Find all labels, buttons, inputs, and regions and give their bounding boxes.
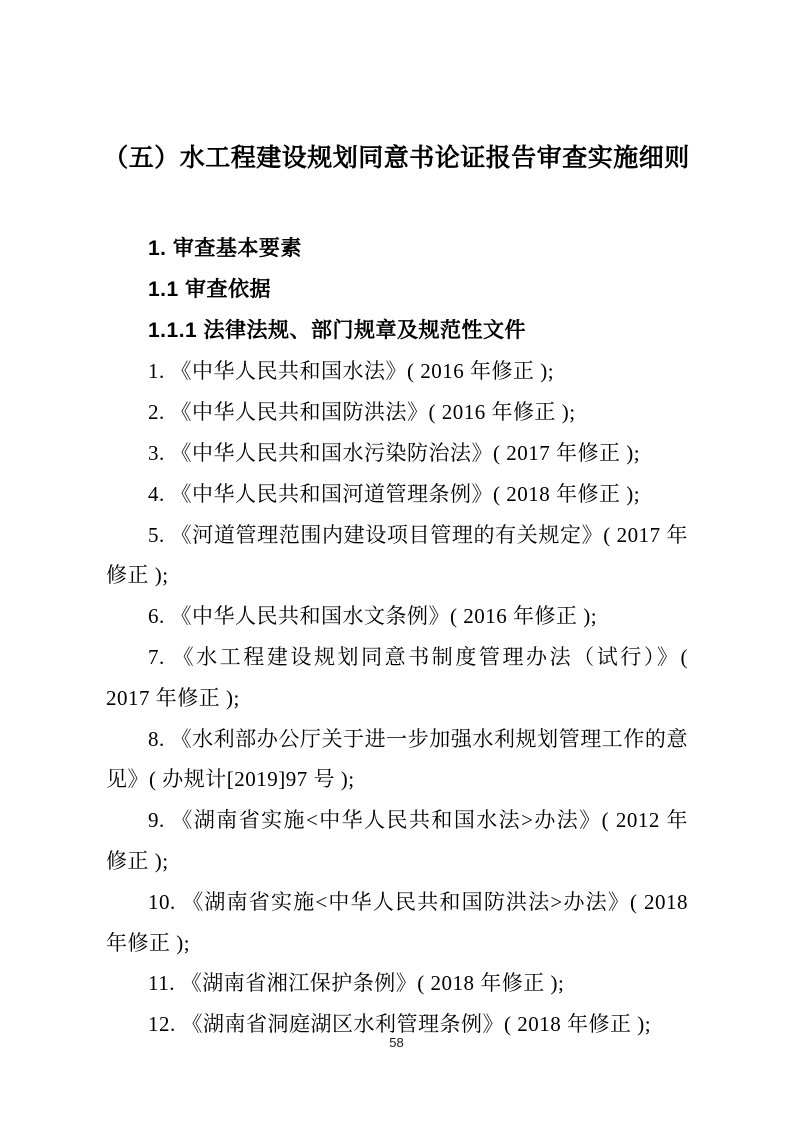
list-item-4: 4. 《中华人民共和国河道管理条例》( 2018 年修正 ); [106,474,688,515]
page-title: （五）水工程建设规划同意书论证报告审查实施细则 [0,0,793,177]
section-heading-1-1: 1.1 审查依据 [106,270,688,311]
section-heading-1: 1. 审查基本要素 [106,229,688,270]
list-item-5: 5. 《河道管理范围内建设项目管理的有关规定》( 2017 年修正 ); [106,515,688,597]
document-body: 1. 审查基本要素 1.1 审查依据 1.1.1 法律法规、部门规章及规范性文件… [106,229,688,1045]
list-item-8: 8. 《水利部办公厅关于进一步加强水利规划管理工作的意见》( 办规计[2019]… [106,719,688,801]
list-item-11: 11. 《湖南省湘江保护条例》( 2018 年修正 ); [106,963,688,1004]
list-item-6: 6. 《中华人民共和国水文条例》( 2016 年修正 ); [106,596,688,637]
list-item-9: 9. 《湖南省实施<中华人民共和国水法>办法》( 2012 年修正 ); [106,800,688,882]
list-item-3: 3. 《中华人民共和国水污染防治法》( 2017 年修正 ); [106,433,688,474]
document-page: （五）水工程建设规划同意书论证报告审查实施细则 1. 审查基本要素 1.1 审查… [0,0,793,1122]
section-heading-1-1-1: 1.1.1 法律法规、部门规章及规范性文件 [106,311,688,352]
page-number: 58 [0,1035,793,1050]
list-item-2: 2. 《中华人民共和国防洪法》( 2016 年修正 ); [106,392,688,433]
list-item-7: 7. 《水工程建设规划同意书制度管理办法（试行）》( 2017 年修正 ); [106,637,688,719]
list-item-1: 1. 《中华人民共和国水法》( 2016 年修正 ); [106,351,688,392]
list-item-10: 10. 《湖南省实施<中华人民共和国防洪法>办法》( 2018 年修正 ); [106,882,688,964]
